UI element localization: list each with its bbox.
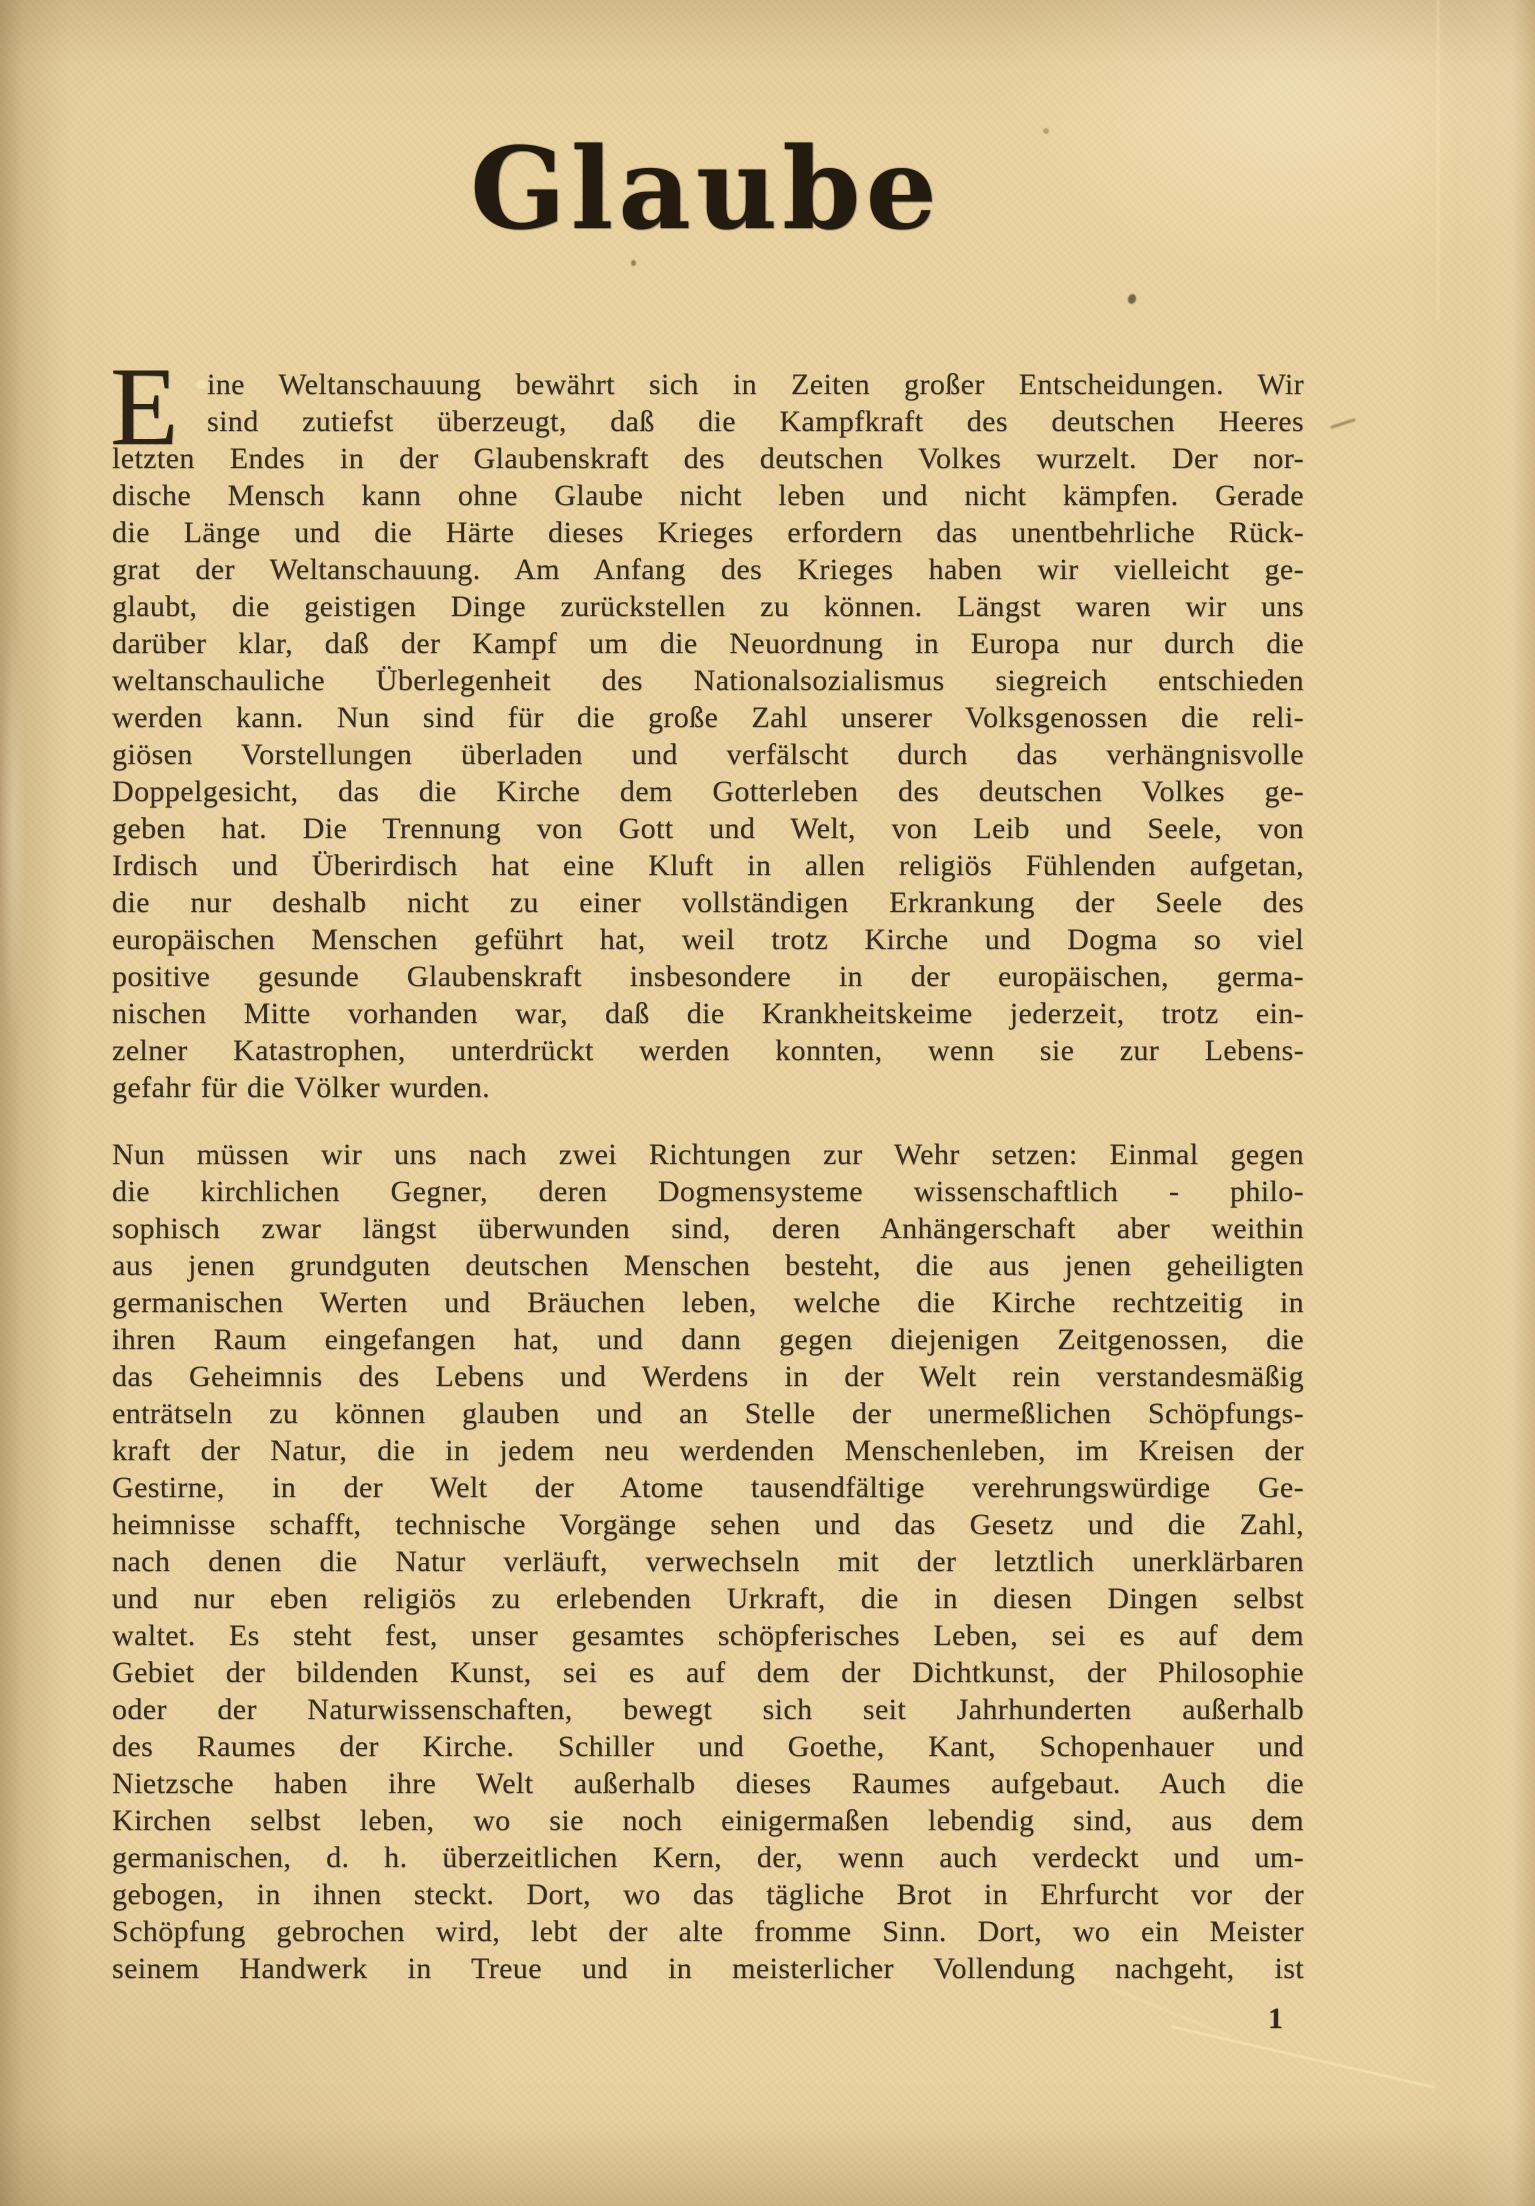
paper-speck [631, 260, 636, 266]
text-line: werden kann. Nun sind für die große Zahl… [112, 699, 1304, 736]
paper-speck [1330, 418, 1356, 429]
paragraph-1-lines: ine Weltanschauung bewährt sich in Zeite… [112, 366, 1304, 1106]
text-line: ihren Raum eingefangen hat, und dann geg… [112, 1321, 1304, 1358]
text-line: kraft der Natur, die in jedem neu werden… [112, 1432, 1304, 1469]
text-line: sind zutiefst überzeugt, daß die Kampfkr… [112, 403, 1304, 440]
text-line: die Länge und die Härte dieses Krieges e… [112, 514, 1304, 551]
paragraph-1: E ine Weltanschauung bewährt sich in Zei… [112, 366, 1304, 1106]
text-line: nischen Mitte vorhanden war, daß die Kra… [112, 995, 1304, 1032]
text-line: weltanschauliche Überlegenheit des Natio… [112, 662, 1304, 699]
text-block: E ine Weltanschauung bewährt sich in Zei… [112, 366, 1304, 1987]
text-line: Doppelgesicht, das die Kirche dem Gotter… [112, 773, 1304, 810]
text-line: Nietzsche haben ihre Welt außerhalb dies… [112, 1765, 1304, 1802]
text-line: zelner Katastrophen, unterdrückt werden … [112, 1032, 1304, 1069]
text-line: ine Weltanschauung bewährt sich in Zeite… [112, 366, 1304, 403]
text-line: grat der Weltanschauung. Am Anfang des K… [112, 551, 1304, 588]
paragraph-2: Nun müssen wir uns nach zwei Richtungen … [112, 1136, 1304, 1987]
text-line: Irdisch und Überirdisch hat eine Kluft i… [112, 847, 1304, 884]
text-line: oder der Naturwissenschaften, bewegt sic… [112, 1691, 1304, 1728]
drop-cap: E [110, 351, 178, 463]
text-line: enträtseln zu können glauben und an Stel… [112, 1395, 1304, 1432]
scanned-book-page: Glaube E ine Weltanschauung bewährt sich… [0, 0, 1535, 2206]
text-line: Schöpfung gebrochen wird, lebt der alte … [112, 1913, 1304, 1950]
paragraph-2-lines: Nun müssen wir uns nach zwei Richtungen … [112, 1136, 1304, 1987]
text-line: europäischen Menschen geführt hat, weil … [112, 921, 1304, 958]
text-line: Nun müssen wir uns nach zwei Richtungen … [112, 1136, 1304, 1173]
text-line: germanischen Werten und Bräuchen leben, … [112, 1284, 1304, 1321]
text-line: waltet. Es steht fest, unser gesamtes sc… [112, 1617, 1304, 1654]
paper-crease [1171, 2026, 1435, 2089]
text-line: und nur eben religiös zu erlebenden Urkr… [112, 1580, 1304, 1617]
text-line: germanischen, d. h. überzeitlichen Kern,… [112, 1839, 1304, 1876]
paper-crease [1437, 0, 1439, 320]
text-line: die kirchlichen Gegner, deren Dogmensyst… [112, 1173, 1304, 1210]
text-line: gefahr für die Völker wurden. [112, 1069, 1304, 1106]
text-line: letzten Endes in der Glaubenskraft des d… [112, 440, 1304, 477]
text-line: sophisch zwar längst überwunden sind, de… [112, 1210, 1304, 1247]
text-line: Kirchen selbst leben, wo sie noch einige… [112, 1802, 1304, 1839]
paper-worn-patch [0, 620, 26, 1040]
text-line: giösen Vorstellungen überladen und verfä… [112, 736, 1304, 773]
text-line: Gestirne, in der Welt der Atome tausendf… [112, 1469, 1304, 1506]
text-line: Gebiet der bildenden Kunst, sei es auf d… [112, 1654, 1304, 1691]
text-line: glaubt, die geistigen Dinge zurückstelle… [112, 588, 1304, 625]
text-line: des Raumes der Kirche. Schiller und Goet… [112, 1728, 1304, 1765]
text-line: darüber klar, daß der Kampf um die Neuor… [112, 625, 1304, 662]
text-line: positive gesunde Glaubenskraft insbesond… [112, 958, 1304, 995]
text-line: heimnisse schafft, technische Vorgänge s… [112, 1506, 1304, 1543]
text-line: nach denen die Natur verläuft, verwechse… [112, 1543, 1304, 1580]
page-title: Glaube [110, 128, 1302, 251]
text-line: gebogen, in ihnen steckt. Dort, wo das t… [112, 1876, 1304, 1913]
text-line: die nur deshalb nicht zu einer vollständ… [112, 884, 1304, 921]
page-number: 1 [1268, 2002, 1283, 2036]
text-line: das Geheimnis des Lebens und Werdens in … [112, 1358, 1304, 1395]
paper-speck [1127, 293, 1138, 305]
text-line: geben hat. Die Trennung von Gott und Wel… [112, 810, 1304, 847]
text-line: aus jenen grundguten deutschen Menschen … [112, 1247, 1304, 1284]
text-line: seinem Handwerk in Treue und in meisterl… [112, 1950, 1304, 1987]
text-line: dische Mensch kann ohne Glaube nicht leb… [112, 477, 1304, 514]
